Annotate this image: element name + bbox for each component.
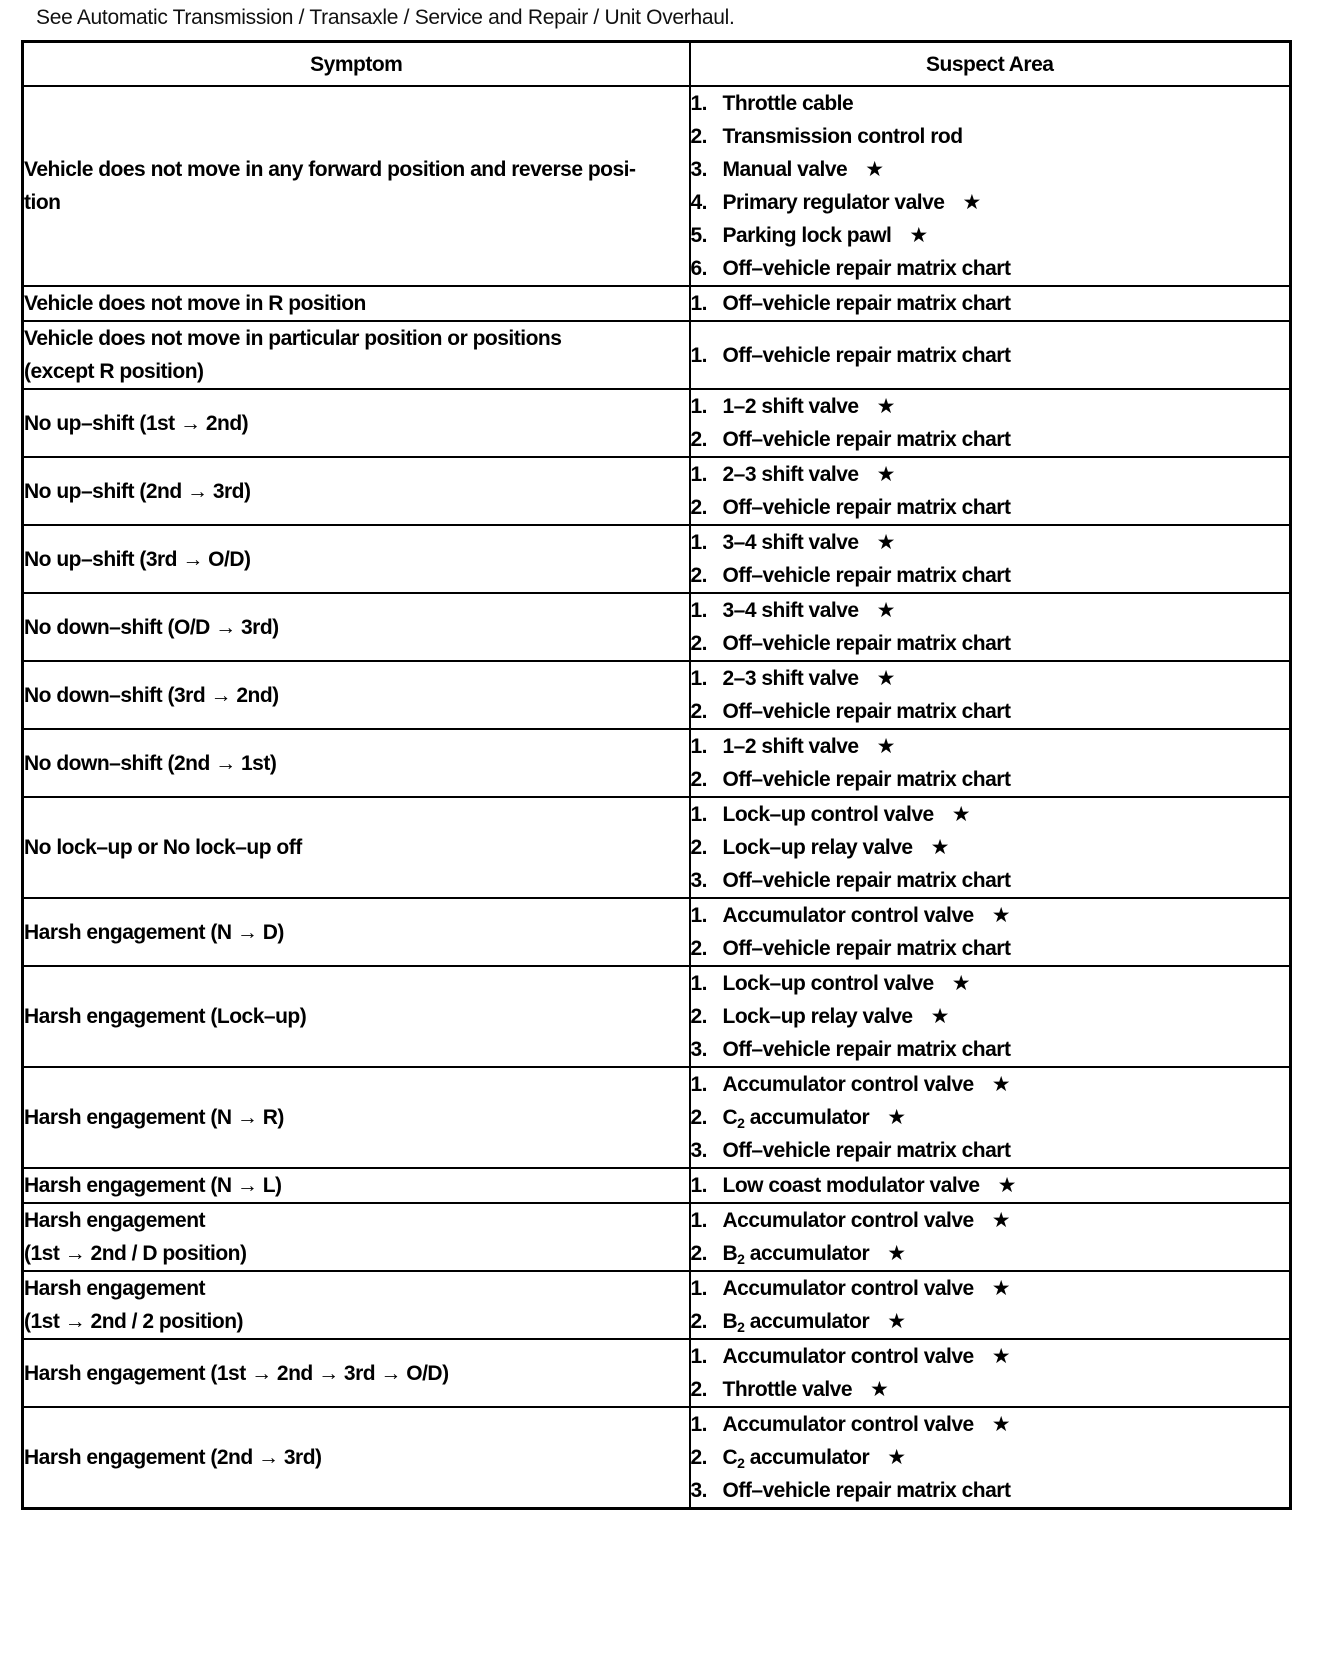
suspect-item: 5.Parking lock pawl★ [691, 219, 1290, 252]
suspect-area-cell: 1.Accumulator control valve★2.Throttle v… [690, 1339, 1291, 1407]
table-row: Harsh engagement (Lock–up)1.Lock–up cont… [23, 966, 1291, 1067]
symptom-text: Harsh engagement (N → D) [24, 921, 284, 944]
symptom-cell: Vehicle does not move in R position [23, 286, 690, 321]
suspect-item-number: 1. [691, 594, 723, 627]
suspect-item: 2.B2 accumulator★ [691, 1305, 1290, 1338]
suspect-item-text: Accumulator control valve [723, 1340, 974, 1373]
symptom-cell: Harsh engagement(1st → 2nd / D position) [23, 1203, 690, 1271]
suspect-item-number: 5. [691, 219, 723, 252]
symptom-cell: No down–shift (2nd → 1st) [23, 729, 690, 797]
suspect-area-cell: 1.Accumulator control valve★2.Off–vehicl… [690, 898, 1291, 966]
suspect-item-number: 1. [691, 967, 723, 1000]
suspect-item-text: B2 accumulator [723, 1305, 870, 1338]
star-icon: ★ [877, 730, 895, 763]
symptom-text: No lock–up or No lock–up off [24, 836, 302, 859]
suspect-item-text: Accumulator control valve [723, 1204, 974, 1237]
suspect-item-text: 3–4 shift valve [723, 594, 859, 627]
suspect-item: 3.Off–vehicle repair matrix chart [691, 864, 1290, 897]
suspect-item: 1.1–2 shift valve★ [691, 730, 1290, 763]
table-row: No up–shift (3rd → O/D)1.3–4 shift valve… [23, 525, 1291, 593]
symptom-text: (1st → 2nd / 2 position) [24, 1310, 243, 1333]
suspect-item-number: 2. [691, 627, 723, 660]
symptom-cell: Vehicle does not move in particular posi… [23, 321, 690, 389]
suspect-item-text: Accumulator control valve [723, 899, 974, 932]
suspect-area-cell: 1.Low coast modulator valve★ [690, 1168, 1291, 1203]
suspect-item-number: 1. [691, 662, 723, 695]
suspect-item: 2.Off–vehicle repair matrix chart [691, 423, 1290, 456]
symptom-cell: No down–shift (O/D → 3rd) [23, 593, 690, 661]
suspect-item: 2.Transmission control rod [691, 120, 1290, 153]
symptom-text: Harsh engagement (Lock–up) [24, 1005, 306, 1028]
star-icon: ★ [992, 1272, 1010, 1305]
suspect-item-text: Accumulator control valve [723, 1272, 974, 1305]
star-icon: ★ [887, 1101, 905, 1134]
suspect-area-cell: 1.2–3 shift valve★2.Off–vehicle repair m… [690, 661, 1291, 729]
suspect-area-cell: 1.Off–vehicle repair matrix chart [690, 286, 1291, 321]
symptom-text: (except R position) [24, 360, 204, 383]
suspect-item-number: 3. [691, 1134, 723, 1167]
symptom-cell: Harsh engagement (Lock–up) [23, 966, 690, 1067]
table-row: No down–shift (2nd → 1st)1.1–2 shift val… [23, 729, 1291, 797]
symptom-text: Harsh engagement (N → L) [24, 1174, 282, 1197]
column-header-suspect-area: Suspect Area [690, 42, 1291, 87]
suspect-item-number: 2. [691, 1305, 723, 1338]
table-row: Vehicle does not move in particular posi… [23, 321, 1291, 389]
suspect-item-number: 3. [691, 1474, 723, 1507]
suspect-item: 1.1–2 shift valve★ [691, 390, 1290, 423]
suspect-item-number: 1. [691, 87, 723, 120]
suspect-item-number: 6. [691, 252, 723, 285]
suspect-item-number: 1. [691, 458, 723, 491]
table-row: Vehicle does not move in R position1.Off… [23, 286, 1291, 321]
suspect-item: 2.Off–vehicle repair matrix chart [691, 695, 1290, 728]
star-icon: ★ [887, 1305, 905, 1338]
suspect-item-text: Off–vehicle repair matrix chart [723, 423, 1011, 456]
suspect-item-number: 3. [691, 864, 723, 897]
suspect-item-text: Low coast modulator valve [723, 1169, 980, 1202]
table-row: Harsh engagement (N → D)1.Accumulator co… [23, 898, 1291, 966]
suspect-item-number: 1. [691, 798, 723, 831]
suspect-item-text: Lock–up control valve [723, 967, 934, 1000]
suspect-item-number: 2. [691, 763, 723, 796]
suspect-item: 3.Off–vehicle repair matrix chart [691, 1134, 1290, 1167]
star-icon: ★ [877, 594, 895, 627]
suspect-item-number: 2. [691, 831, 723, 864]
suspect-area-cell: 1.Accumulator control valve★2.C2 accumul… [690, 1407, 1291, 1509]
suspect-item-text: Accumulator control valve [723, 1068, 974, 1101]
symptom-cell: Harsh engagement (1st → 2nd → 3rd → O/D) [23, 1339, 690, 1407]
suspect-item-text: Manual valve [723, 153, 848, 186]
suspect-item: 1.2–3 shift valve★ [691, 458, 1290, 491]
star-icon: ★ [931, 831, 949, 864]
suspect-item: 1.3–4 shift valve★ [691, 594, 1290, 627]
suspect-item: 1.Accumulator control valve★ [691, 1408, 1290, 1441]
suspect-item: 3.Off–vehicle repair matrix chart [691, 1033, 1290, 1066]
suspect-item-number: 1. [691, 339, 723, 372]
symptom-text: No up–shift (2nd → 3rd) [24, 480, 251, 503]
suspect-item: 4.Primary regulator valve★ [691, 186, 1290, 219]
symptom-cell: No lock–up or No lock–up off [23, 797, 690, 898]
suspect-item: 2.Off–vehicle repair matrix chart [691, 559, 1290, 592]
suspect-item-text: Off–vehicle repair matrix chart [723, 287, 1011, 320]
star-icon: ★ [992, 1408, 1010, 1441]
star-icon: ★ [952, 967, 970, 1000]
table-row: Harsh engagement (N → R)1.Accumulator co… [23, 1067, 1291, 1168]
symptom-text: No down–shift (2nd → 1st) [24, 752, 276, 775]
suspect-item-number: 3. [691, 1033, 723, 1066]
suspect-item: 6.Off–vehicle repair matrix chart [691, 252, 1290, 285]
suspect-item-number: 1. [691, 390, 723, 423]
suspect-item-text: Off–vehicle repair matrix chart [723, 491, 1011, 524]
star-icon: ★ [865, 153, 883, 186]
suspect-item-text: Off–vehicle repair matrix chart [723, 559, 1011, 592]
suspect-item-number: 3. [691, 153, 723, 186]
suspect-area-cell: 1.Off–vehicle repair matrix chart [690, 321, 1291, 389]
suspect-item-number: 1. [691, 899, 723, 932]
suspect-item: 1.Lock–up control valve★ [691, 967, 1290, 1000]
suspect-item: 1.Off–vehicle repair matrix chart [691, 287, 1290, 320]
suspect-item-text: Lock–up relay valve [723, 831, 913, 864]
suspect-area-cell: 1.Accumulator control valve★2.B2 accumul… [690, 1203, 1291, 1271]
suspect-item-text: Off–vehicle repair matrix chart [723, 1033, 1011, 1066]
table-row: Harsh engagement (1st → 2nd → 3rd → O/D)… [23, 1339, 1291, 1407]
suspect-item-text: Off–vehicle repair matrix chart [723, 1134, 1011, 1167]
suspect-item-text: Off–vehicle repair matrix chart [723, 627, 1011, 660]
suspect-item-text: Lock–up control valve [723, 798, 934, 831]
symptom-text: No up–shift (1st → 2nd) [24, 412, 248, 435]
star-icon: ★ [992, 1068, 1010, 1101]
symptom-cell: Harsh engagement (2nd → 3rd) [23, 1407, 690, 1509]
star-icon: ★ [909, 219, 927, 252]
star-icon: ★ [887, 1237, 905, 1270]
suspect-item: 2.Off–vehicle repair matrix chart [691, 491, 1290, 524]
symptom-text: No up–shift (3rd → O/D) [24, 548, 251, 571]
star-icon: ★ [870, 1373, 888, 1406]
suspect-item-number: 1. [691, 1272, 723, 1305]
symptom-text: Harsh engagement [24, 1277, 205, 1300]
suspect-item: 2.Off–vehicle repair matrix chart [691, 932, 1290, 965]
suspect-item: 1.Accumulator control valve★ [691, 1068, 1290, 1101]
table-row: No up–shift (1st → 2nd)1.1–2 shift valve… [23, 389, 1291, 457]
suspect-item: 2.Off–vehicle repair matrix chart [691, 627, 1290, 660]
suspect-area-cell: 1.3–4 shift valve★2.Off–vehicle repair m… [690, 525, 1291, 593]
suspect-item-text: 1–2 shift valve [723, 730, 859, 763]
reference-caption: See Automatic Transmission / Transaxle /… [36, 6, 735, 30]
suspect-item: 3.Off–vehicle repair matrix chart [691, 1474, 1290, 1507]
table-row: Harsh engagement (N → L)1.Low coast modu… [23, 1168, 1291, 1203]
suspect-item: 2.Off–vehicle repair matrix chart [691, 763, 1290, 796]
table-row: No down–shift (O/D → 3rd)1.3–4 shift val… [23, 593, 1291, 661]
table-row: No lock–up or No lock–up off1.Lock–up co… [23, 797, 1291, 898]
suspect-item: 2.Lock–up relay valve★ [691, 1000, 1290, 1033]
suspect-item-text: Off–vehicle repair matrix chart [723, 932, 1011, 965]
suspect-item-number: 1. [691, 526, 723, 559]
suspect-item-number: 2. [691, 423, 723, 456]
suspect-item-text: B2 accumulator [723, 1237, 870, 1270]
star-icon: ★ [877, 458, 895, 491]
suspect-item-number: 1. [691, 730, 723, 763]
symptom-cell: No up–shift (2nd → 3rd) [23, 457, 690, 525]
star-icon: ★ [887, 1441, 905, 1474]
suspect-area-cell: 1.1–2 shift valve★2.Off–vehicle repair m… [690, 729, 1291, 797]
star-icon: ★ [998, 1169, 1016, 1202]
symptom-text: (1st → 2nd / D position) [24, 1242, 247, 1265]
suspect-item: 1.3–4 shift valve★ [691, 526, 1290, 559]
suspect-item: 2.Throttle valve★ [691, 1373, 1290, 1406]
table-row: Vehicle does not move in any forward pos… [23, 86, 1291, 286]
suspect-item: 1.2–3 shift valve★ [691, 662, 1290, 695]
suspect-area-cell: 1.1–2 shift valve★2.Off–vehicle repair m… [690, 389, 1291, 457]
suspect-item-text: Parking lock pawl [723, 219, 892, 252]
symptom-text: Vehicle does not move in any forward pos… [24, 158, 636, 181]
suspect-item-number: 1. [691, 287, 723, 320]
suspect-item: 1.Accumulator control valve★ [691, 899, 1290, 932]
suspect-item-text: Lock–up relay valve [723, 1000, 913, 1033]
column-header-symptom: Symptom [23, 42, 690, 87]
suspect-item-number: 2. [691, 120, 723, 153]
table-header-row: Symptom Suspect Area [23, 42, 1291, 87]
symptom-matrix-table: Symptom Suspect Area Vehicle does not mo… [21, 40, 1292, 1510]
suspect-item-number: 2. [691, 1373, 723, 1406]
symptom-text: Harsh engagement [24, 1209, 205, 1232]
suspect-item-number: 2. [691, 559, 723, 592]
suspect-item-text: Off–vehicle repair matrix chart [723, 864, 1011, 897]
suspect-item-number: 2. [691, 1101, 723, 1134]
star-icon: ★ [992, 1204, 1010, 1237]
symptom-text: Vehicle does not move in R position [24, 292, 366, 315]
star-icon: ★ [877, 526, 895, 559]
star-icon: ★ [992, 1340, 1010, 1373]
table-row: Harsh engagement(1st → 2nd / D position)… [23, 1203, 1291, 1271]
star-icon: ★ [992, 899, 1010, 932]
symptom-cell: Harsh engagement (N → D) [23, 898, 690, 966]
suspect-item: 1.Lock–up control valve★ [691, 798, 1290, 831]
suspect-item: 1.Low coast modulator valve★ [691, 1169, 1290, 1202]
suspect-item-number: 2. [691, 1237, 723, 1270]
star-icon: ★ [931, 1000, 949, 1033]
symptom-text: tion [24, 191, 60, 214]
star-icon: ★ [962, 186, 980, 219]
suspect-item-text: 2–3 shift valve [723, 662, 859, 695]
suspect-area-cell: 1.Accumulator control valve★2.B2 accumul… [690, 1271, 1291, 1339]
suspect-item-text: C2 accumulator [723, 1441, 870, 1474]
suspect-item-text: Throttle valve [723, 1373, 853, 1406]
suspect-item-number: 2. [691, 491, 723, 524]
symptom-text: No down–shift (3rd → 2nd) [24, 684, 279, 707]
suspect-item-text: Accumulator control valve [723, 1408, 974, 1441]
suspect-item: 2.C2 accumulator★ [691, 1441, 1290, 1474]
symptom-cell: No up–shift (1st → 2nd) [23, 389, 690, 457]
symptom-text: Harsh engagement (2nd → 3rd) [24, 1446, 322, 1469]
table-row: No up–shift (2nd → 3rd)1.2–3 shift valve… [23, 457, 1291, 525]
suspect-area-cell: 1.2–3 shift valve★2.Off–vehicle repair m… [690, 457, 1291, 525]
suspect-item-text: Off–vehicle repair matrix chart [723, 695, 1011, 728]
suspect-item: 2.B2 accumulator★ [691, 1237, 1290, 1270]
symptom-cell: Harsh engagement (N → R) [23, 1067, 690, 1168]
suspect-item: 1.Accumulator control valve★ [691, 1272, 1290, 1305]
suspect-item-text: Primary regulator valve [723, 186, 945, 219]
suspect-item: 1.Accumulator control valve★ [691, 1340, 1290, 1373]
suspect-item-number: 1. [691, 1340, 723, 1373]
symptom-text: Harsh engagement (N → R) [24, 1106, 284, 1129]
suspect-item-number: 1. [691, 1204, 723, 1237]
table-row: Harsh engagement(1st → 2nd / 2 position)… [23, 1271, 1291, 1339]
suspect-area-cell: 1.Accumulator control valve★2.C2 accumul… [690, 1067, 1291, 1168]
suspect-item-number: 4. [691, 186, 723, 219]
symptom-text: Harsh engagement (1st → 2nd → 3rd → O/D) [24, 1362, 449, 1385]
symptom-cell: No down–shift (3rd → 2nd) [23, 661, 690, 729]
suspect-item-text: Transmission control rod [723, 120, 963, 153]
star-icon: ★ [952, 798, 970, 831]
suspect-item-number: 1. [691, 1068, 723, 1101]
suspect-item-number: 1. [691, 1169, 723, 1202]
suspect-item: 2.C2 accumulator★ [691, 1101, 1290, 1134]
table-row: Harsh engagement (2nd → 3rd)1.Accumulato… [23, 1407, 1291, 1509]
symptom-cell: No up–shift (3rd → O/D) [23, 525, 690, 593]
suspect-area-cell: 1.Throttle cable2.Transmission control r… [690, 86, 1291, 286]
symptom-cell: Harsh engagement(1st → 2nd / 2 position) [23, 1271, 690, 1339]
symptom-cell: Vehicle does not move in any forward pos… [23, 86, 690, 286]
table-body: Vehicle does not move in any forward pos… [23, 86, 1291, 1509]
suspect-item-text: C2 accumulator [723, 1101, 870, 1134]
suspect-item-number: 2. [691, 695, 723, 728]
suspect-item-text: Off–vehicle repair matrix chart [723, 763, 1011, 796]
star-icon: ★ [877, 662, 895, 695]
suspect-item-text: Off–vehicle repair matrix chart [723, 1474, 1011, 1507]
symptom-cell: Harsh engagement (N → L) [23, 1168, 690, 1203]
suspect-item-text: 2–3 shift valve [723, 458, 859, 491]
symptom-text: Vehicle does not move in particular posi… [24, 327, 561, 350]
suspect-item-text: Off–vehicle repair matrix chart [723, 252, 1011, 285]
suspect-item: 1.Off–vehicle repair matrix chart [691, 339, 1290, 372]
star-icon: ★ [877, 390, 895, 423]
suspect-item-text: Throttle cable [723, 87, 854, 120]
suspect-item: 1.Accumulator control valve★ [691, 1204, 1290, 1237]
suspect-area-cell: 1.3–4 shift valve★2.Off–vehicle repair m… [690, 593, 1291, 661]
suspect-item-number: 1. [691, 1408, 723, 1441]
suspect-item: 2.Lock–up relay valve★ [691, 831, 1290, 864]
suspect-item-text: 3–4 shift valve [723, 526, 859, 559]
suspect-item-number: 2. [691, 1000, 723, 1033]
suspect-area-cell: 1.Lock–up control valve★2.Lock–up relay … [690, 966, 1291, 1067]
suspect-item-number: 2. [691, 932, 723, 965]
suspect-item-text: 1–2 shift valve [723, 390, 859, 423]
table-row: No down–shift (3rd → 2nd)1.2–3 shift val… [23, 661, 1291, 729]
suspect-item: 1.Throttle cable [691, 87, 1290, 120]
suspect-area-cell: 1.Lock–up control valve★2.Lock–up relay … [690, 797, 1291, 898]
suspect-item-number: 2. [691, 1441, 723, 1474]
suspect-item-text: Off–vehicle repair matrix chart [723, 339, 1011, 372]
symptom-text: No down–shift (O/D → 3rd) [24, 616, 279, 639]
suspect-item: 3.Manual valve★ [691, 153, 1290, 186]
